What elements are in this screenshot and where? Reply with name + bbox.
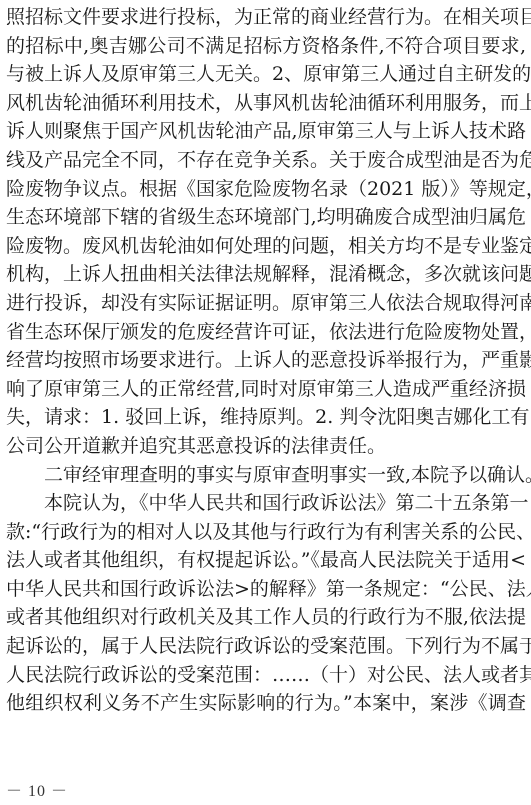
text-line: 人民法院行政诉讼的受案范围：……（十）对公民、法人或者其 [6,661,526,690]
text-line: 进行投诉，却没有实际证据证明。原审第三人依法合规取得河南 [6,289,526,318]
text-line: 款:“行政行为的相对人以及其他与行政行为有利害关系的公民、 [6,518,526,547]
text-line: 公司公开道歉并追究其恶意投诉的法律责任。 [6,432,526,461]
text-line: 诉人则聚焦于国产风机齿轮油产品,原审第三人与上诉人技术路 [6,117,526,146]
text-line: 生态环境部下辖的省级生态环境部门,均明确废合成型油归属危 [6,203,526,232]
text-line: 风机齿轮油循环利用技术，从事风机齿轮油循环利用服务，而上 [6,89,526,118]
text-line: 的招标中,奥吉娜公司不满足招标方资格条件,不符合项目要求, [6,32,526,61]
text-line: 省生态环保厅颁发的危废经营许可证，依法进行危险废物处置， [6,318,526,347]
text-line: 他组织权利义务不产生实际影响的行为。”本案中，案涉《调查 [6,689,526,718]
text-line: 险废物争议点。根据《国家危险废物名录（2021 版）》等规定， [6,175,526,204]
text-line: 与被上诉人及原审第三人无关。2、原审第三人通过自主研发的 [6,60,526,89]
text-line: 本院认为，《中华人民共和国行政诉讼法》第二十五条第一 [6,489,526,518]
text-line: 中华人民共和国行政诉讼法>的解释》第一条规定：“公民、法人 [6,575,526,604]
page-number: － 10 － [6,778,68,801]
text-line: 法人或者其他组织，有权提起诉讼。”《最高人民法院关于适用< [6,546,526,575]
paragraph-appellee-statement: 照招标文件要求进行投标，为正常的商业经营行为。在相关项目 的招标中,奥吉娜公司不… [6,3,526,461]
text-line: 线及产品完全不同，不存在竞争关系。关于废合成型油是否为危 [6,146,526,175]
text-line: 或者其他组织对行政机关及其工作人员的行政行为不服,依法提 [6,603,526,632]
text-line: 照招标文件要求进行投标，为正常的商业经营行为。在相关项目 [6,3,526,32]
text-line: 响了原审第三人的正常经营,同时对原审第三人造成严重经济损 [6,375,526,404]
paragraph-second-instance-facts: 二审经审理查明的事实与原审查明事实一致,本院予以确认。 [6,461,526,490]
text-line: 经营均按照市场要求进行。上诉人的恶意投诉举报行为，严重影 [6,346,526,375]
document-page: 照招标文件要求进行投标，为正常的商业经营行为。在相关项目 的招标中,奥吉娜公司不… [6,3,526,718]
text-line: 机构，上诉人扭曲相关法律法规解释，混淆概念，多次就该问题 [6,260,526,289]
text-line: 起诉讼的，属于人民法院行政诉讼的受案范围。下列行为不属于 [6,632,526,661]
text-line: 二审经审理查明的事实与原审查明事实一致,本院予以确认。 [6,461,526,490]
paragraph-court-opinion: 本院认为，《中华人民共和国行政诉讼法》第二十五条第一 款:“行政行为的相对人以及… [6,489,526,718]
text-line: 失，请求：1. 驳回上诉，维持原判。2. 判令沈阳奥吉娜化工有限 [6,403,526,432]
text-line: 险废物。废风机齿轮油如何处理的问题，相关方均不是专业鉴定 [6,232,526,261]
